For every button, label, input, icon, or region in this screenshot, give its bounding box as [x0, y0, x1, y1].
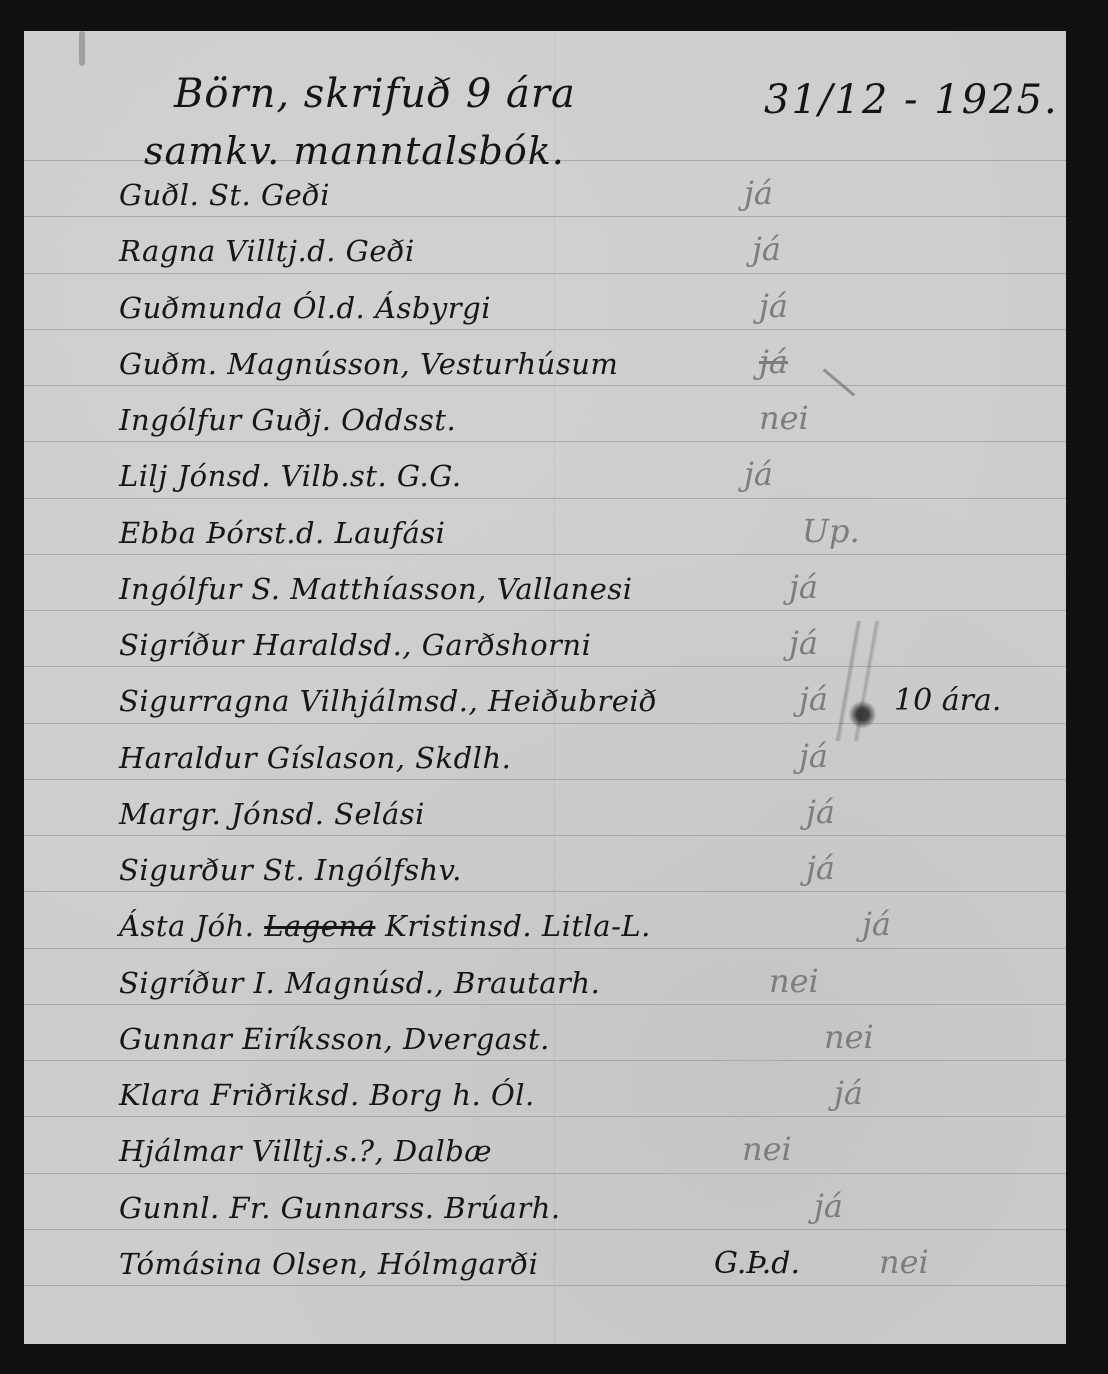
answer-mark: já [814, 1187, 843, 1225]
answer-mark: nei [742, 1130, 792, 1168]
list-item: Ragna Villtj.d. Geði já [24, 216, 1066, 272]
child-name: Sigríður Haraldsd., Garðshorni [119, 628, 591, 662]
list-item: Hjálmar Villtj.s.?, Dalbæ nei [24, 1116, 1066, 1172]
list-item: Ingólfur Guðj. Oddsst. nei [24, 385, 1066, 441]
answer-mark: nei [759, 399, 809, 437]
answer-mark: já [789, 624, 818, 662]
list-item: Sigríður I. Magnúsd., Brautarh. nei [24, 948, 1066, 1004]
child-name: Gunnar Eiríksson, Dvergast. [119, 1022, 550, 1056]
struck-word: Lagena [264, 909, 375, 943]
child-name-part: Ásta Jóh. [119, 909, 264, 943]
child-name: Guðm. Magnússon, Vesturhúsum [119, 347, 618, 381]
list-item: Sigurragna Vilhjálmsd., Heiðubreið já 10… [24, 666, 1066, 722]
child-name: Klara Friðriksd. Borg h. Ól. [119, 1078, 535, 1112]
answer-mark: já [759, 287, 788, 325]
answer-mark: já [744, 174, 773, 212]
children-list: Guðl. St. Geði já Ragna Villtj.d. Geði j… [24, 31, 1066, 1344]
child-name: Ragna Villtj.d. Geði [119, 234, 415, 268]
list-item: Ebba Þórst.d. Laufási Up. [24, 498, 1066, 554]
child-name: Haraldur Gíslason, Skdlh. [119, 741, 511, 775]
parent-note: G.Þ.d. [714, 1246, 800, 1281]
answer-mark-struck: já [759, 343, 788, 381]
answer-mark: já [752, 230, 781, 268]
list-item: Guðl. St. Geði já [24, 160, 1066, 216]
lined-paper-sheet: Börn, skrifuð 9 ára 31/12 - 1925. samkv.… [24, 31, 1066, 1344]
list-item: Guðm. Magnússon, Vesturhúsum já [24, 329, 1066, 385]
list-item: Guðmunda Ól.d. Ásbyrgi já [24, 273, 1066, 329]
list-item: Klara Friðriksd. Borg h. Ól. já [24, 1060, 1066, 1116]
list-item: Gunnar Eiríksson, Dvergast. nei [24, 1004, 1066, 1060]
child-name: Ingólfur S. Matthíasson, Vallanesi [119, 572, 632, 606]
answer-mark: nei [824, 1018, 874, 1056]
child-name: Guðmunda Ól.d. Ásbyrgi [119, 291, 491, 325]
child-name-part: Kristinsd. Litla-L. [375, 909, 650, 943]
list-item: Ingólfur S. Matthíasson, Vallanesi já [24, 554, 1066, 610]
list-item: Haraldur Gíslason, Skdlh. já [24, 723, 1066, 779]
answer-mark: Up. [802, 512, 860, 550]
answer-mark: já [806, 793, 835, 831]
child-name: Guðl. St. Geði [119, 178, 330, 212]
child-name: Ingólfur Guðj. Oddsst. [119, 403, 456, 437]
child-name: Sigríður I. Magnúsd., Brautarh. [119, 966, 600, 1000]
list-item: Tómásina Olsen, Hólmgarði G.Þ.d. nei [24, 1229, 1066, 1285]
answer-mark: nei [879, 1243, 929, 1281]
answer-mark: já [799, 737, 828, 775]
answer-mark: nei [769, 962, 819, 1000]
age-note: 10 ára. [894, 683, 1001, 718]
child-name: Margr. Jónsd. Selási [119, 797, 425, 831]
child-name: Lilj Jónsd. Vilb.st. G.G. [119, 459, 462, 493]
list-item: Ásta Jóh. Lagena Kristinsd. Litla-L. já [24, 891, 1066, 947]
child-name: Ebba Þórst.d. Laufási [119, 516, 445, 550]
list-item: Margr. Jónsd. Selási já [24, 779, 1066, 835]
answer-mark: já [862, 905, 891, 943]
answer-mark: já [806, 849, 835, 887]
answer-mark: já [789, 568, 818, 606]
list-item: Gunnl. Fr. Gunnarss. Brúarh. já [24, 1173, 1066, 1229]
list-item: Sigurður St. Ingólfshv. já [24, 835, 1066, 891]
list-item: Sigríður Haraldsd., Garðshorni já [24, 610, 1066, 666]
child-name: Gunnl. Fr. Gunnarss. Brúarh. [119, 1191, 561, 1225]
child-name: Sigurragna Vilhjálmsd., Heiðubreið [119, 684, 657, 718]
answer-mark: já [744, 455, 773, 493]
child-name: Sigurður St. Ingólfshv. [119, 853, 462, 887]
child-name: Hjálmar Villtj.s.?, Dalbæ [119, 1134, 492, 1168]
child-name: Tómásina Olsen, Hólmgarði [119, 1247, 538, 1281]
ink-smudge [824, 621, 894, 741]
list-item: Lilj Jónsd. Vilb.st. G.G. já [24, 441, 1066, 497]
child-name: Ásta Jóh. Lagena Kristinsd. Litla-L. [119, 909, 651, 943]
answer-mark: já [834, 1074, 863, 1112]
